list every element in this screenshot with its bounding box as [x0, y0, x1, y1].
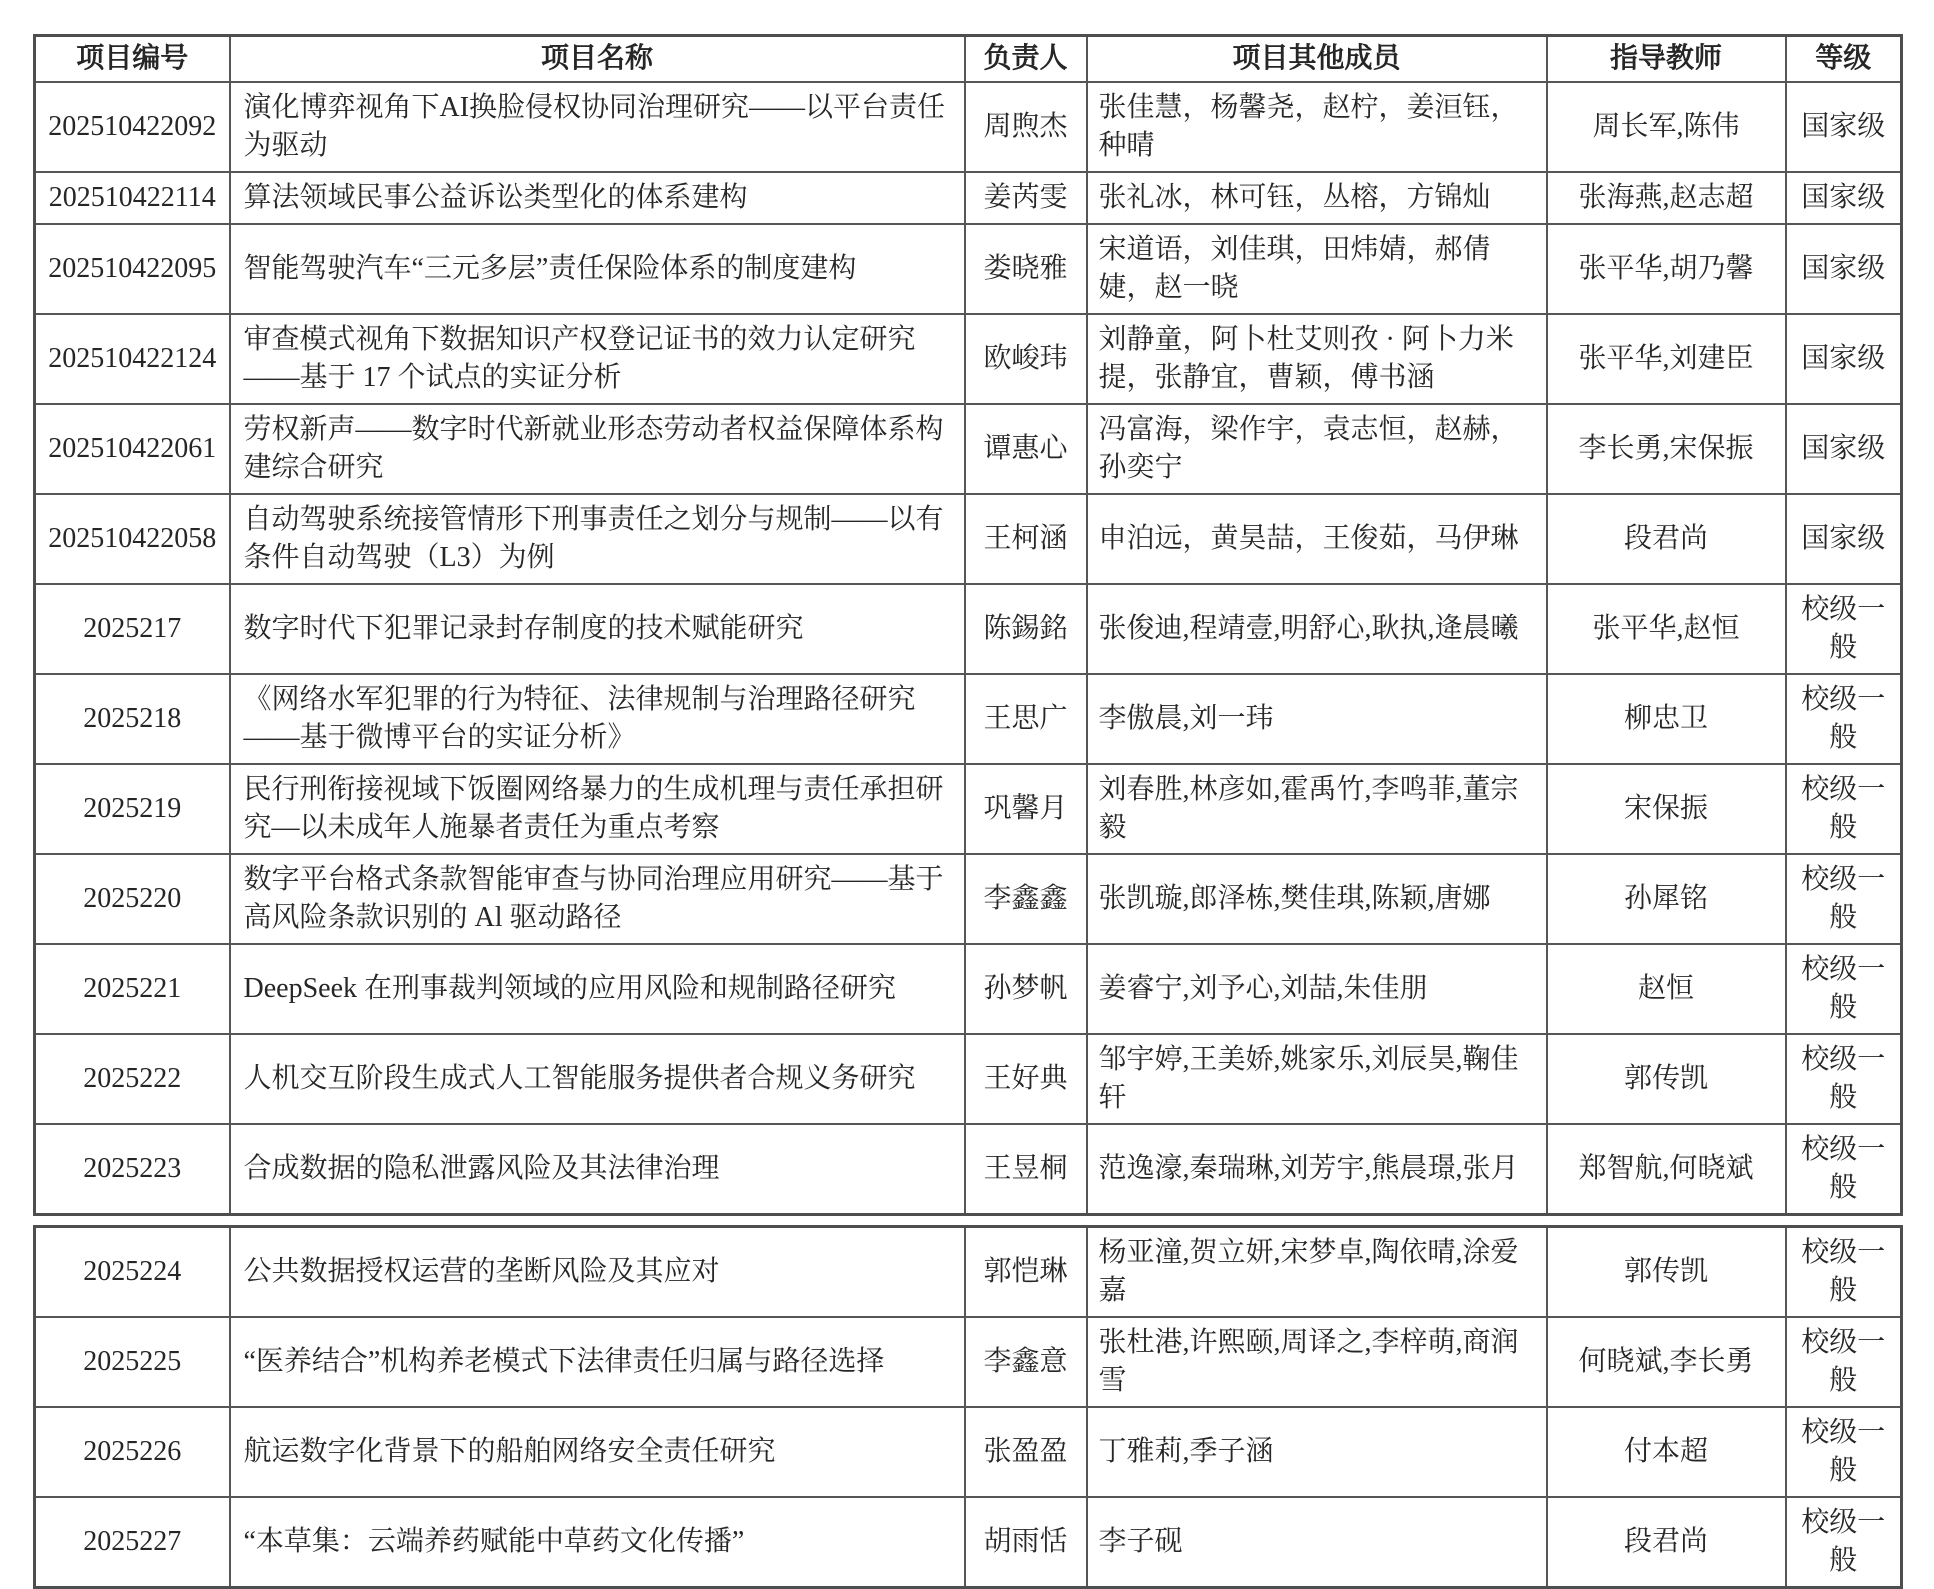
table-row: 202510422124审查模式视角下数据知识产权登记证书的效力认定研究——基于… [35, 314, 1902, 404]
members-cell: 张佳慧，杨馨尧，赵柠，姜洹钰，种晴 [1087, 82, 1547, 172]
advisors-cell: 李长勇,宋保振 [1547, 404, 1786, 494]
project-name-cell: 劳权新声——数字时代新就业形态劳动者权益保障体系构建综合研究 [230, 404, 965, 494]
members-cell: 刘春胜,林彦如,霍禹竹,李鸣菲,董宗毅 [1087, 764, 1547, 854]
leader-cell: 胡雨恬 [965, 1497, 1087, 1588]
level-cell: 校级一般 [1786, 764, 1902, 854]
advisors-cell: 付本超 [1547, 1407, 1786, 1497]
table-row: 2025218《网络水军犯罪的行为特征、法律规制与治理路径研究——基于微博平台的… [35, 674, 1902, 764]
table-row: 2025219民行刑衔接视域下饭圈网络暴力的生成机理与责任承担研究—以未成年人施… [35, 764, 1902, 854]
table-row: 2025227“本草集：云端养药赋能中草药文化传播”胡雨恬李子砚段君尚校级一般 [35, 1497, 1902, 1588]
project-id-cell: 2025218 [35, 674, 230, 764]
advisors-cell: 郭传凯 [1547, 1034, 1786, 1124]
leader-cell: 陈錫銘 [965, 584, 1087, 674]
table-row: 202510422114算法领域民事公益诉讼类型化的体系建构姜芮雯张礼冰，林可钰… [35, 172, 1902, 224]
members-cell: 张杜港,许熙颐,周译之,李梓萌,商润雪 [1087, 1317, 1547, 1407]
level-cell: 国家级 [1786, 172, 1902, 224]
project-name-cell: 数字时代下犯罪记录封存制度的技术赋能研究 [230, 584, 965, 674]
project-name-cell: 智能驾驶汽车“三元多层”责任保险体系的制度建构 [230, 224, 965, 314]
project-name-cell: 合成数据的隐私泄露风险及其法律治理 [230, 1124, 965, 1215]
advisors-cell: 张海燕,赵志超 [1547, 172, 1786, 224]
leader-cell: 谭惠心 [965, 404, 1087, 494]
column-header-members: 项目其他成员 [1087, 36, 1547, 83]
header-row: 项目编号 项目名称 负责人 项目其他成员 指导教师 等级 [35, 36, 1902, 83]
table-row: 2025224公共数据授权运营的垄断风险及其应对郭恺琳杨亚潼,贺立妍,宋梦卓,陶… [35, 1227, 1902, 1318]
leader-cell: 巩馨月 [965, 764, 1087, 854]
project-name-cell: DeepSeek 在刑事裁判领域的应用风险和规制路径研究 [230, 944, 965, 1034]
level-cell: 国家级 [1786, 224, 1902, 314]
leader-cell: 郭恺琳 [965, 1227, 1087, 1318]
project-id-cell: 2025220 [35, 854, 230, 944]
table-row: 202510422092演化博弈视角下AI换脸侵权协同治理研究——以平台责任为驱… [35, 82, 1902, 172]
project-name-cell: 民行刑衔接视域下饭圈网络暴力的生成机理与责任承担研究—以未成年人施暴者责任为重点… [230, 764, 965, 854]
advisors-cell: 柳忠卫 [1547, 674, 1786, 764]
level-cell: 国家级 [1786, 494, 1902, 584]
project-id-cell: 2025224 [35, 1227, 230, 1318]
leader-cell: 张盈盈 [965, 1407, 1087, 1497]
project-id-cell: 2025226 [35, 1407, 230, 1497]
leader-cell: 孙梦帆 [965, 944, 1087, 1034]
advisors-cell: 何晓斌,李长勇 [1547, 1317, 1786, 1407]
leader-cell: 王柯涵 [965, 494, 1087, 584]
leader-cell: 周煦杰 [965, 82, 1087, 172]
leader-cell: 姜芮雯 [965, 172, 1087, 224]
leader-cell: 王昱桐 [965, 1124, 1087, 1215]
project-name-cell: 《网络水军犯罪的行为特征、法律规制与治理路径研究——基于微博平台的实证分析》 [230, 674, 965, 764]
level-cell: 校级一般 [1786, 1227, 1902, 1318]
project-id-cell: 2025221 [35, 944, 230, 1034]
members-cell: 冯富海，梁作宇，袁志恒，赵赫，孙奕宁 [1087, 404, 1547, 494]
project-id-cell: 202510422058 [35, 494, 230, 584]
leader-cell: 李鑫鑫 [965, 854, 1087, 944]
column-header-advisors: 指导教师 [1547, 36, 1786, 83]
document-page: 项目编号 项目名称 负责人 项目其他成员 指导教师 等级 20251042209… [0, 0, 1934, 1589]
project-id-cell: 2025217 [35, 584, 230, 674]
members-cell: 张礼冰，林可钰，丛榕，方锦灿 [1087, 172, 1547, 224]
advisors-cell: 孙犀铭 [1547, 854, 1786, 944]
advisors-cell: 段君尚 [1547, 494, 1786, 584]
advisors-cell: 张平华,刘建臣 [1547, 314, 1786, 404]
project-id-cell: 2025223 [35, 1124, 230, 1215]
project-name-cell: 算法领域民事公益诉讼类型化的体系建构 [230, 172, 965, 224]
column-header-level: 等级 [1786, 36, 1902, 83]
project-id-cell: 202510422061 [35, 404, 230, 494]
advisors-cell: 郭传凯 [1547, 1227, 1786, 1318]
project-name-cell: 人机交互阶段生成式人工智能服务提供者合规义务研究 [230, 1034, 965, 1124]
members-cell: 申泊远，黄昊喆，王俊茹，马伊琳 [1087, 494, 1547, 584]
members-cell: 宋道语，刘佳琪，田炜婧，郝倩婕，赵一晓 [1087, 224, 1547, 314]
level-cell: 校级一般 [1786, 1034, 1902, 1124]
members-cell: 范逸濠,秦瑞琳,刘芳宇,熊晨璟,张月 [1087, 1124, 1547, 1215]
level-cell: 国家级 [1786, 314, 1902, 404]
table-row: 2025217数字时代下犯罪记录封存制度的技术赋能研究陈錫銘张俊迪,程靖壹,明舒… [35, 584, 1902, 674]
level-cell: 国家级 [1786, 82, 1902, 172]
level-cell: 校级一般 [1786, 854, 1902, 944]
advisors-cell: 段君尚 [1547, 1497, 1786, 1588]
project-id-cell: 2025225 [35, 1317, 230, 1407]
projects-table-continued: 2025224公共数据授权运营的垄断风险及其应对郭恺琳杨亚潼,贺立妍,宋梦卓,陶… [33, 1225, 1903, 1589]
project-id-cell: 202510422095 [35, 224, 230, 314]
table-row: 2025226航运数字化背景下的船舶网络安全责任研究张盈盈丁雅莉,季子涵付本超校… [35, 1407, 1902, 1497]
project-name-cell: 演化博弈视角下AI换脸侵权协同治理研究——以平台责任为驱动 [230, 82, 965, 172]
table-row: 202510422061劳权新声——数字时代新就业形态劳动者权益保障体系构建综合… [35, 404, 1902, 494]
leader-cell: 王思广 [965, 674, 1087, 764]
members-cell: 杨亚潼,贺立妍,宋梦卓,陶依晴,涂爱嘉 [1087, 1227, 1547, 1318]
leader-cell: 王好典 [965, 1034, 1087, 1124]
advisors-cell: 张平华,赵恒 [1547, 584, 1786, 674]
level-cell: 国家级 [1786, 404, 1902, 494]
level-cell: 校级一般 [1786, 1407, 1902, 1497]
table-row: 2025223合成数据的隐私泄露风险及其法律治理王昱桐范逸濠,秦瑞琳,刘芳宇,熊… [35, 1124, 1902, 1215]
project-id-cell: 2025222 [35, 1034, 230, 1124]
project-name-cell: 数字平台格式条款智能审查与协同治理应用研究——基于高风险条款识别的 Al 驱动路… [230, 854, 965, 944]
advisors-cell: 周长军,陈伟 [1547, 82, 1786, 172]
leader-cell: 李鑫意 [965, 1317, 1087, 1407]
table-row: 2025225“医养结合”机构养老模式下法律责任归属与路径选择李鑫意张杜港,许熙… [35, 1317, 1902, 1407]
members-cell: 张俊迪,程靖壹,明舒心,耿执,逄晨曦 [1087, 584, 1547, 674]
level-cell: 校级一般 [1786, 1317, 1902, 1407]
level-cell: 校级一般 [1786, 1497, 1902, 1588]
table-row: 2025220数字平台格式条款智能审查与协同治理应用研究——基于高风险条款识别的… [35, 854, 1902, 944]
project-id-cell: 202510422124 [35, 314, 230, 404]
project-name-cell: 审查模式视角下数据知识产权登记证书的效力认定研究——基于 17 个试点的实证分析 [230, 314, 965, 404]
advisors-cell: 宋保振 [1547, 764, 1786, 854]
level-cell: 校级一般 [1786, 1124, 1902, 1215]
members-cell: 姜睿宁,刘予心,刘喆,朱佳朋 [1087, 944, 1547, 1034]
project-name-cell: 航运数字化背景下的船舶网络安全责任研究 [230, 1407, 965, 1497]
column-header-project-name: 项目名称 [230, 36, 965, 83]
project-id-cell: 202510422114 [35, 172, 230, 224]
project-name-cell: 公共数据授权运营的垄断风险及其应对 [230, 1227, 965, 1318]
members-cell: 张凯璇,郎泽栋,樊佳琪,陈颖,唐娜 [1087, 854, 1547, 944]
advisors-cell: 张平华,胡乃馨 [1547, 224, 1786, 314]
level-cell: 校级一般 [1786, 944, 1902, 1034]
project-name-cell: “医养结合”机构养老模式下法律责任归属与路径选择 [230, 1317, 965, 1407]
table-row: 2025222人机交互阶段生成式人工智能服务提供者合规义务研究王好典邹宇婷,王美… [35, 1034, 1902, 1124]
table-row: 2025221DeepSeek 在刑事裁判领域的应用风险和规制路径研究孙梦帆姜睿… [35, 944, 1902, 1034]
members-cell: 邹宇婷,王美娇,姚家乐,刘辰昊,鞠佳轩 [1087, 1034, 1547, 1124]
members-cell: 李傲晨,刘一玮 [1087, 674, 1547, 764]
members-cell: 丁雅莉,季子涵 [1087, 1407, 1547, 1497]
project-id-cell: 2025227 [35, 1497, 230, 1588]
leader-cell: 欧峻玮 [965, 314, 1087, 404]
column-header-project-id: 项目编号 [35, 36, 230, 83]
table-row: 202510422058自动驾驶系统接管情形下刑事责任之划分与规制——以有条件自… [35, 494, 1902, 584]
project-name-cell: “本草集：云端养药赋能中草药文化传播” [230, 1497, 965, 1588]
members-cell: 刘静童，阿卜杜艾则孜 · 阿卜力米提，张静宜，曹颖，傅书涵 [1087, 314, 1547, 404]
advisors-cell: 赵恒 [1547, 944, 1786, 1034]
projects-table-main: 项目编号 项目名称 负责人 项目其他成员 指导教师 等级 20251042209… [33, 34, 1903, 1216]
project-id-cell: 2025219 [35, 764, 230, 854]
level-cell: 校级一般 [1786, 584, 1902, 674]
table-row: 202510422095智能驾驶汽车“三元多层”责任保险体系的制度建构娄晓雅宋道… [35, 224, 1902, 314]
members-cell: 李子砚 [1087, 1497, 1547, 1588]
advisors-cell: 郑智航,何晓斌 [1547, 1124, 1786, 1215]
column-header-leader: 负责人 [965, 36, 1087, 83]
leader-cell: 娄晓雅 [965, 224, 1087, 314]
level-cell: 校级一般 [1786, 674, 1902, 764]
project-name-cell: 自动驾驶系统接管情形下刑事责任之划分与规制——以有条件自动驾驶（L3）为例 [230, 494, 965, 584]
project-id-cell: 202510422092 [35, 82, 230, 172]
